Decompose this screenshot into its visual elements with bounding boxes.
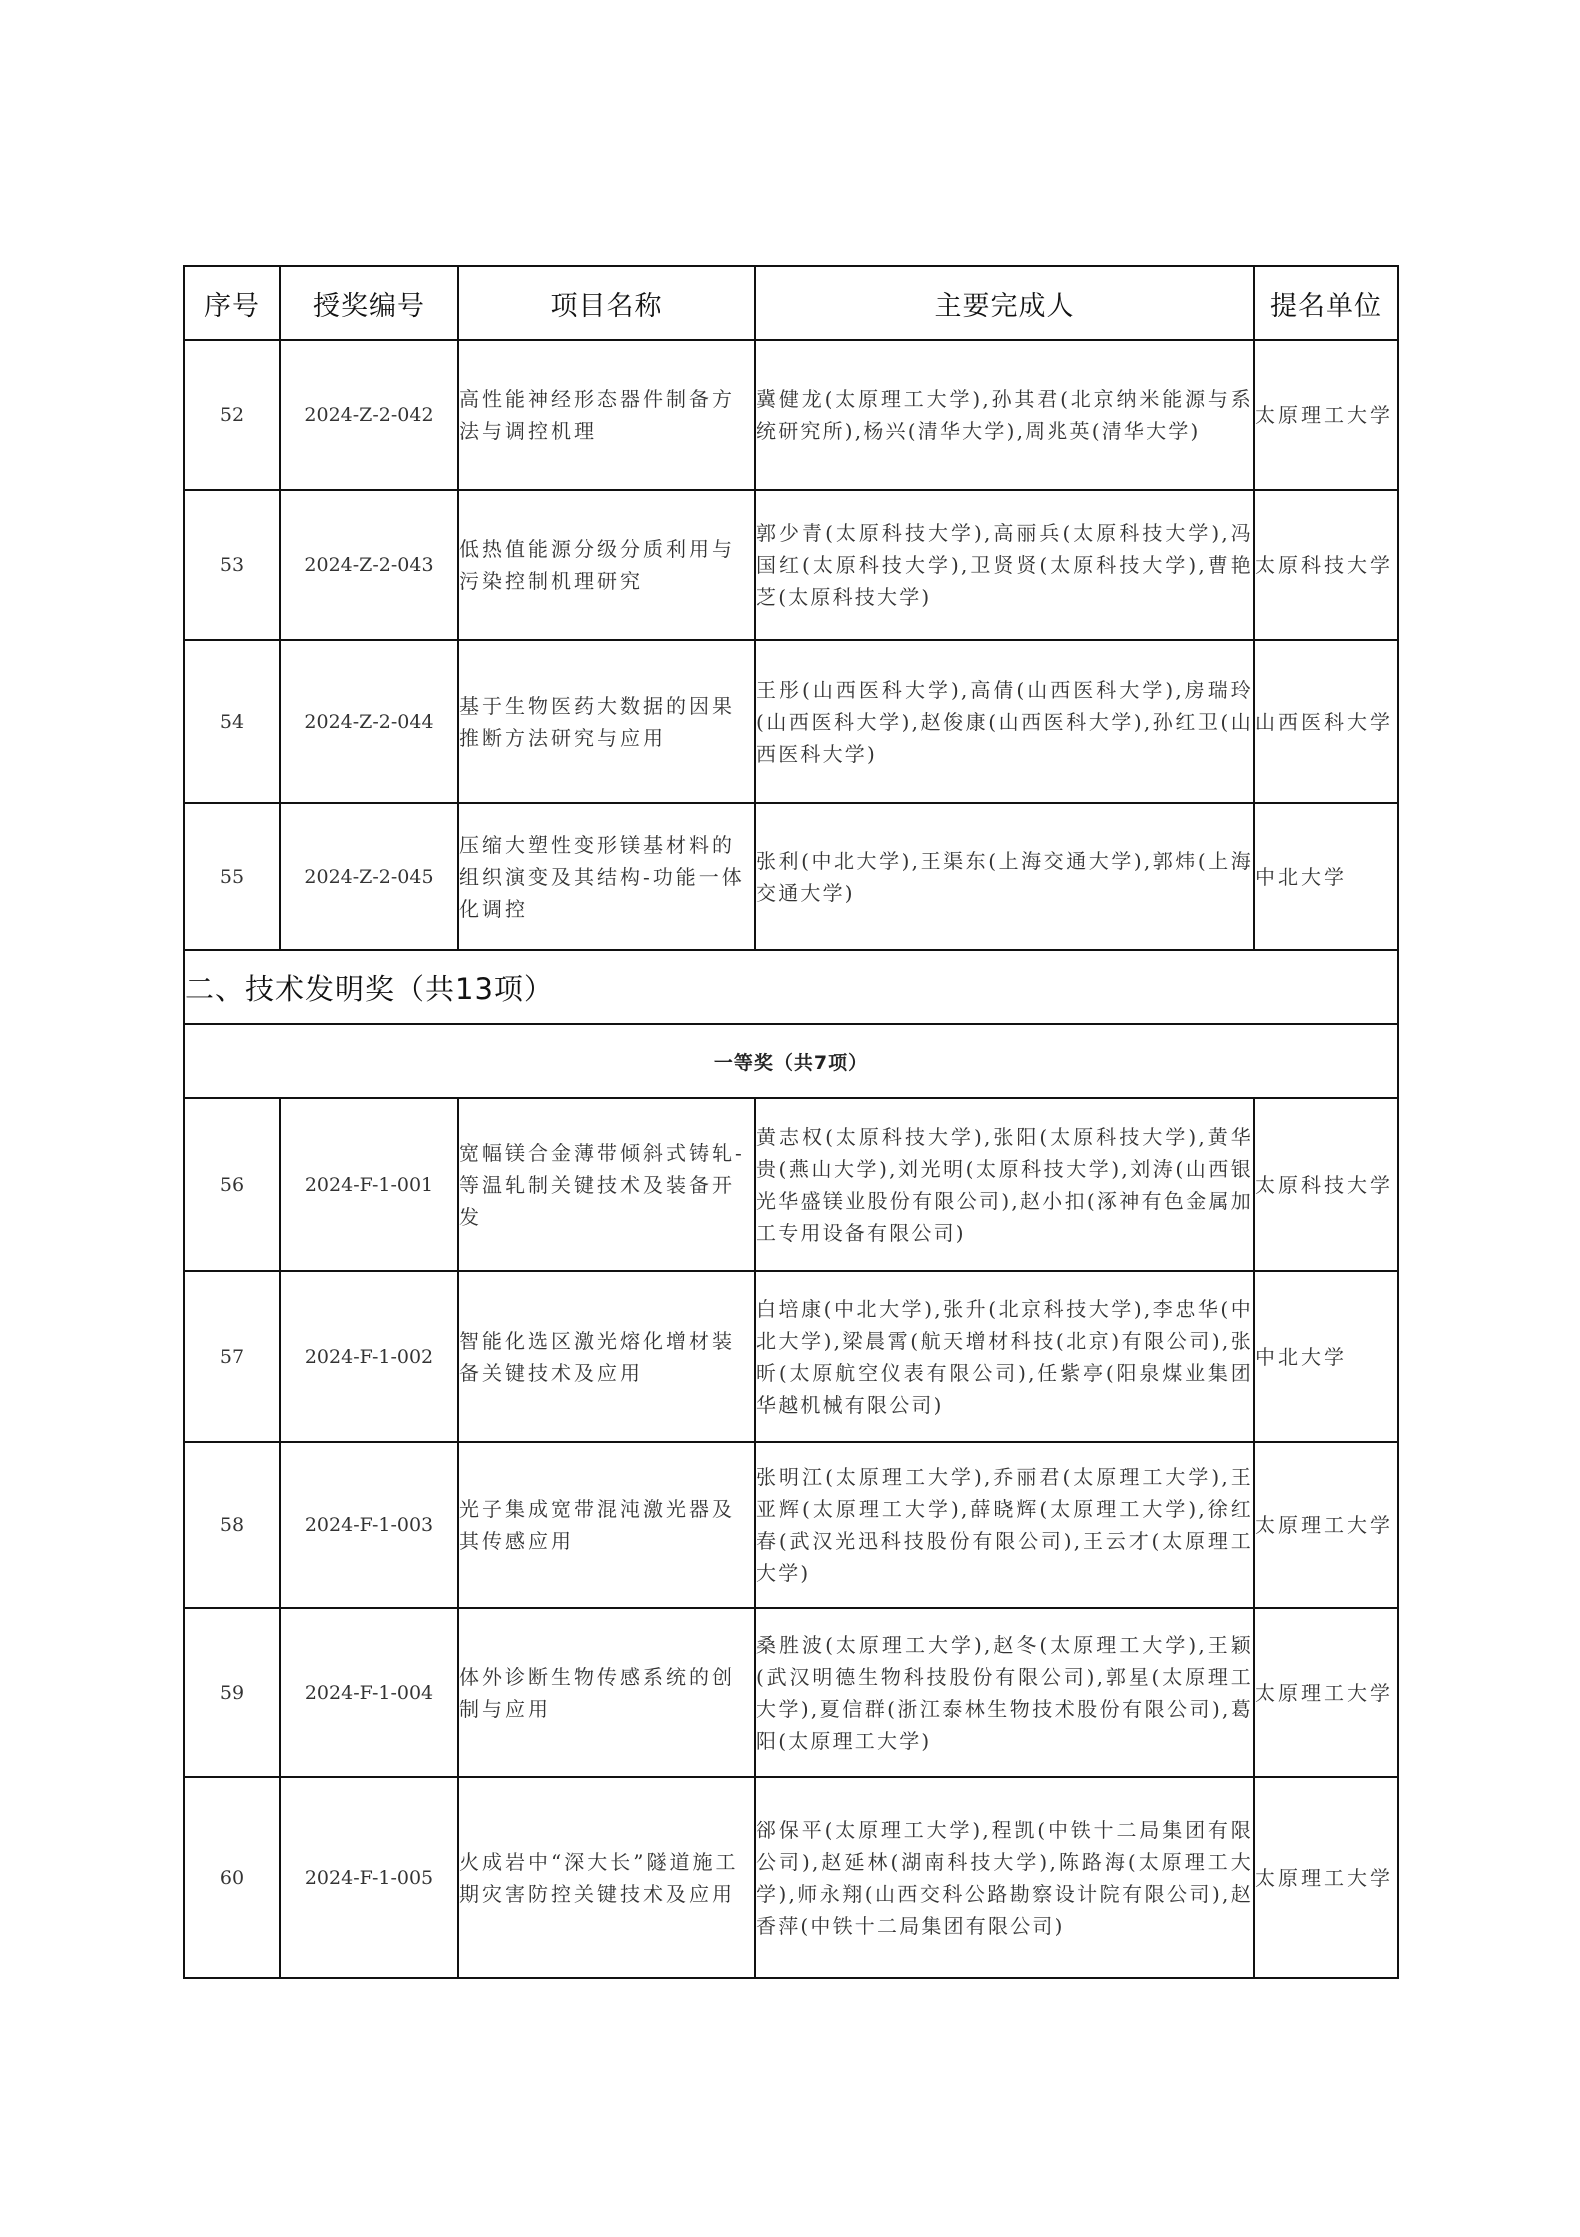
award-code: 2024-F-1-004 xyxy=(280,1608,458,1777)
nominating-unit: 太原理工大学 xyxy=(1254,340,1398,490)
header-award-code: 授奖编号 xyxy=(280,266,458,340)
row-index: 57 xyxy=(184,1271,280,1442)
section-title: 二、技术发明奖（共13项） xyxy=(184,950,1398,1024)
subsection-row: 一等奖（共7项） xyxy=(184,1024,1398,1098)
main-contributors: 郤保平(太原理工大学),程凯(中铁十二局集团有限公司),赵延林(湖南科技大学),… xyxy=(755,1777,1254,1978)
nominating-unit: 太原理工大学 xyxy=(1254,1777,1398,1978)
header-index: 序号 xyxy=(184,266,280,340)
table-row: 562024-F-1-001宽幅镁合金薄带倾斜式铸轧-等温轧制关键技术及装备开发… xyxy=(184,1098,1398,1271)
header-row: 序号 授奖编号 项目名称 主要完成人 提名单位 xyxy=(184,266,1398,340)
table-row: 602024-F-1-005火成岩中“深大长”隧道施工期灾害防控关键技术及应用郤… xyxy=(184,1777,1398,1978)
table-row: 532024-Z-2-043低热值能源分级分质利用与污染控制机理研究郭少青(太原… xyxy=(184,490,1398,640)
table-body-part1: 522024-Z-2-042高性能神经形态器件制备方法与调控机理冀健龙(太原理工… xyxy=(184,340,1398,950)
project-name: 光子集成宽带混沌激光器及其传感应用 xyxy=(458,1442,755,1608)
main-contributors: 冀健龙(太原理工大学),孙其君(北京纳米能源与系统研究所),杨兴(清华大学),周… xyxy=(755,340,1254,490)
main-contributors: 黄志权(太原科技大学),张阳(太原科技大学),黄华贵(燕山大学),刘光明(太原科… xyxy=(755,1098,1254,1271)
row-index: 53 xyxy=(184,490,280,640)
nominating-unit: 中北大学 xyxy=(1254,803,1398,950)
nominating-unit: 中北大学 xyxy=(1254,1271,1398,1442)
main-contributors: 桑胜波(太原理工大学),赵冬(太原理工大学),王颖(武汉明德生物科技股份有限公司… xyxy=(755,1608,1254,1777)
awards-table: 序号 授奖编号 项目名称 主要完成人 提名单位 522024-Z-2-042高性… xyxy=(183,265,1399,1979)
project-name: 压缩大塑性变形镁基材料的组织演变及其结构-功能一体化调控 xyxy=(458,803,755,950)
row-index: 56 xyxy=(184,1098,280,1271)
project-name: 低热值能源分级分质利用与污染控制机理研究 xyxy=(458,490,755,640)
main-contributors: 白培康(中北大学),张升(北京科技大学),李忠华(中北大学),梁晨霄(航天增材科… xyxy=(755,1271,1254,1442)
header-main-contributors: 主要完成人 xyxy=(755,266,1254,340)
project-name: 基于生物医药大数据的因果推断方法研究与应用 xyxy=(458,640,755,803)
award-code: 2024-Z-2-042 xyxy=(280,340,458,490)
nominating-unit: 山西医科大学 xyxy=(1254,640,1398,803)
header-project-name: 项目名称 xyxy=(458,266,755,340)
award-code: 2024-F-1-001 xyxy=(280,1098,458,1271)
row-index: 59 xyxy=(184,1608,280,1777)
main-contributors: 张利(中北大学),王渠东(上海交通大学),郭炜(上海交通大学) xyxy=(755,803,1254,950)
project-name: 体外诊断生物传感系统的创制与应用 xyxy=(458,1608,755,1777)
header-nominating-unit: 提名单位 xyxy=(1254,266,1398,340)
project-name: 火成岩中“深大长”隧道施工期灾害防控关键技术及应用 xyxy=(458,1777,755,1978)
nominating-unit: 太原理工大学 xyxy=(1254,1608,1398,1777)
section-row: 二、技术发明奖（共13项） xyxy=(184,950,1398,1024)
main-contributors: 张明江(太原理工大学),乔丽君(太原理工大学),王亚辉(太原理工大学),薛晓辉(… xyxy=(755,1442,1254,1608)
document-page: 序号 授奖编号 项目名称 主要完成人 提名单位 522024-Z-2-042高性… xyxy=(0,0,1580,2237)
row-index: 52 xyxy=(184,340,280,490)
table-body-part2: 562024-F-1-001宽幅镁合金薄带倾斜式铸轧-等温轧制关键技术及装备开发… xyxy=(184,1098,1398,1978)
award-code: 2024-Z-2-043 xyxy=(280,490,458,640)
nominating-unit: 太原科技大学 xyxy=(1254,1098,1398,1271)
main-contributors: 郭少青(太原科技大学),高丽兵(太原科技大学),冯国红(太原科技大学),卫贤贤(… xyxy=(755,490,1254,640)
row-index: 55 xyxy=(184,803,280,950)
award-code: 2024-Z-2-045 xyxy=(280,803,458,950)
row-index: 60 xyxy=(184,1777,280,1978)
award-code: 2024-F-1-003 xyxy=(280,1442,458,1608)
nominating-unit: 太原理工大学 xyxy=(1254,1442,1398,1608)
project-name: 智能化选区激光熔化增材装备关键技术及应用 xyxy=(458,1271,755,1442)
table-row: 572024-F-1-002智能化选区激光熔化增材装备关键技术及应用白培康(中北… xyxy=(184,1271,1398,1442)
award-code: 2024-F-1-002 xyxy=(280,1271,458,1442)
subsection-title: 一等奖（共7项） xyxy=(184,1024,1398,1098)
table-row: 542024-Z-2-044基于生物医药大数据的因果推断方法研究与应用王彤(山西… xyxy=(184,640,1398,803)
main-contributors: 王彤(山西医科大学),高倩(山西医科大学),房瑞玲(山西医科大学),赵俊康(山西… xyxy=(755,640,1254,803)
project-name: 高性能神经形态器件制备方法与调控机理 xyxy=(458,340,755,490)
nominating-unit: 太原科技大学 xyxy=(1254,490,1398,640)
row-index: 54 xyxy=(184,640,280,803)
table-row: 522024-Z-2-042高性能神经形态器件制备方法与调控机理冀健龙(太原理工… xyxy=(184,340,1398,490)
award-code: 2024-Z-2-044 xyxy=(280,640,458,803)
award-code: 2024-F-1-005 xyxy=(280,1777,458,1978)
project-name: 宽幅镁合金薄带倾斜式铸轧-等温轧制关键技术及装备开发 xyxy=(458,1098,755,1271)
row-index: 58 xyxy=(184,1442,280,1608)
table-row: 592024-F-1-004体外诊断生物传感系统的创制与应用桑胜波(太原理工大学… xyxy=(184,1608,1398,1777)
section-body: 二、技术发明奖（共13项） 一等奖（共7项） xyxy=(184,950,1398,1098)
table-row: 552024-Z-2-045压缩大塑性变形镁基材料的组织演变及其结构-功能一体化… xyxy=(184,803,1398,950)
table-row: 582024-F-1-003光子集成宽带混沌激光器及其传感应用张明江(太原理工大… xyxy=(184,1442,1398,1608)
